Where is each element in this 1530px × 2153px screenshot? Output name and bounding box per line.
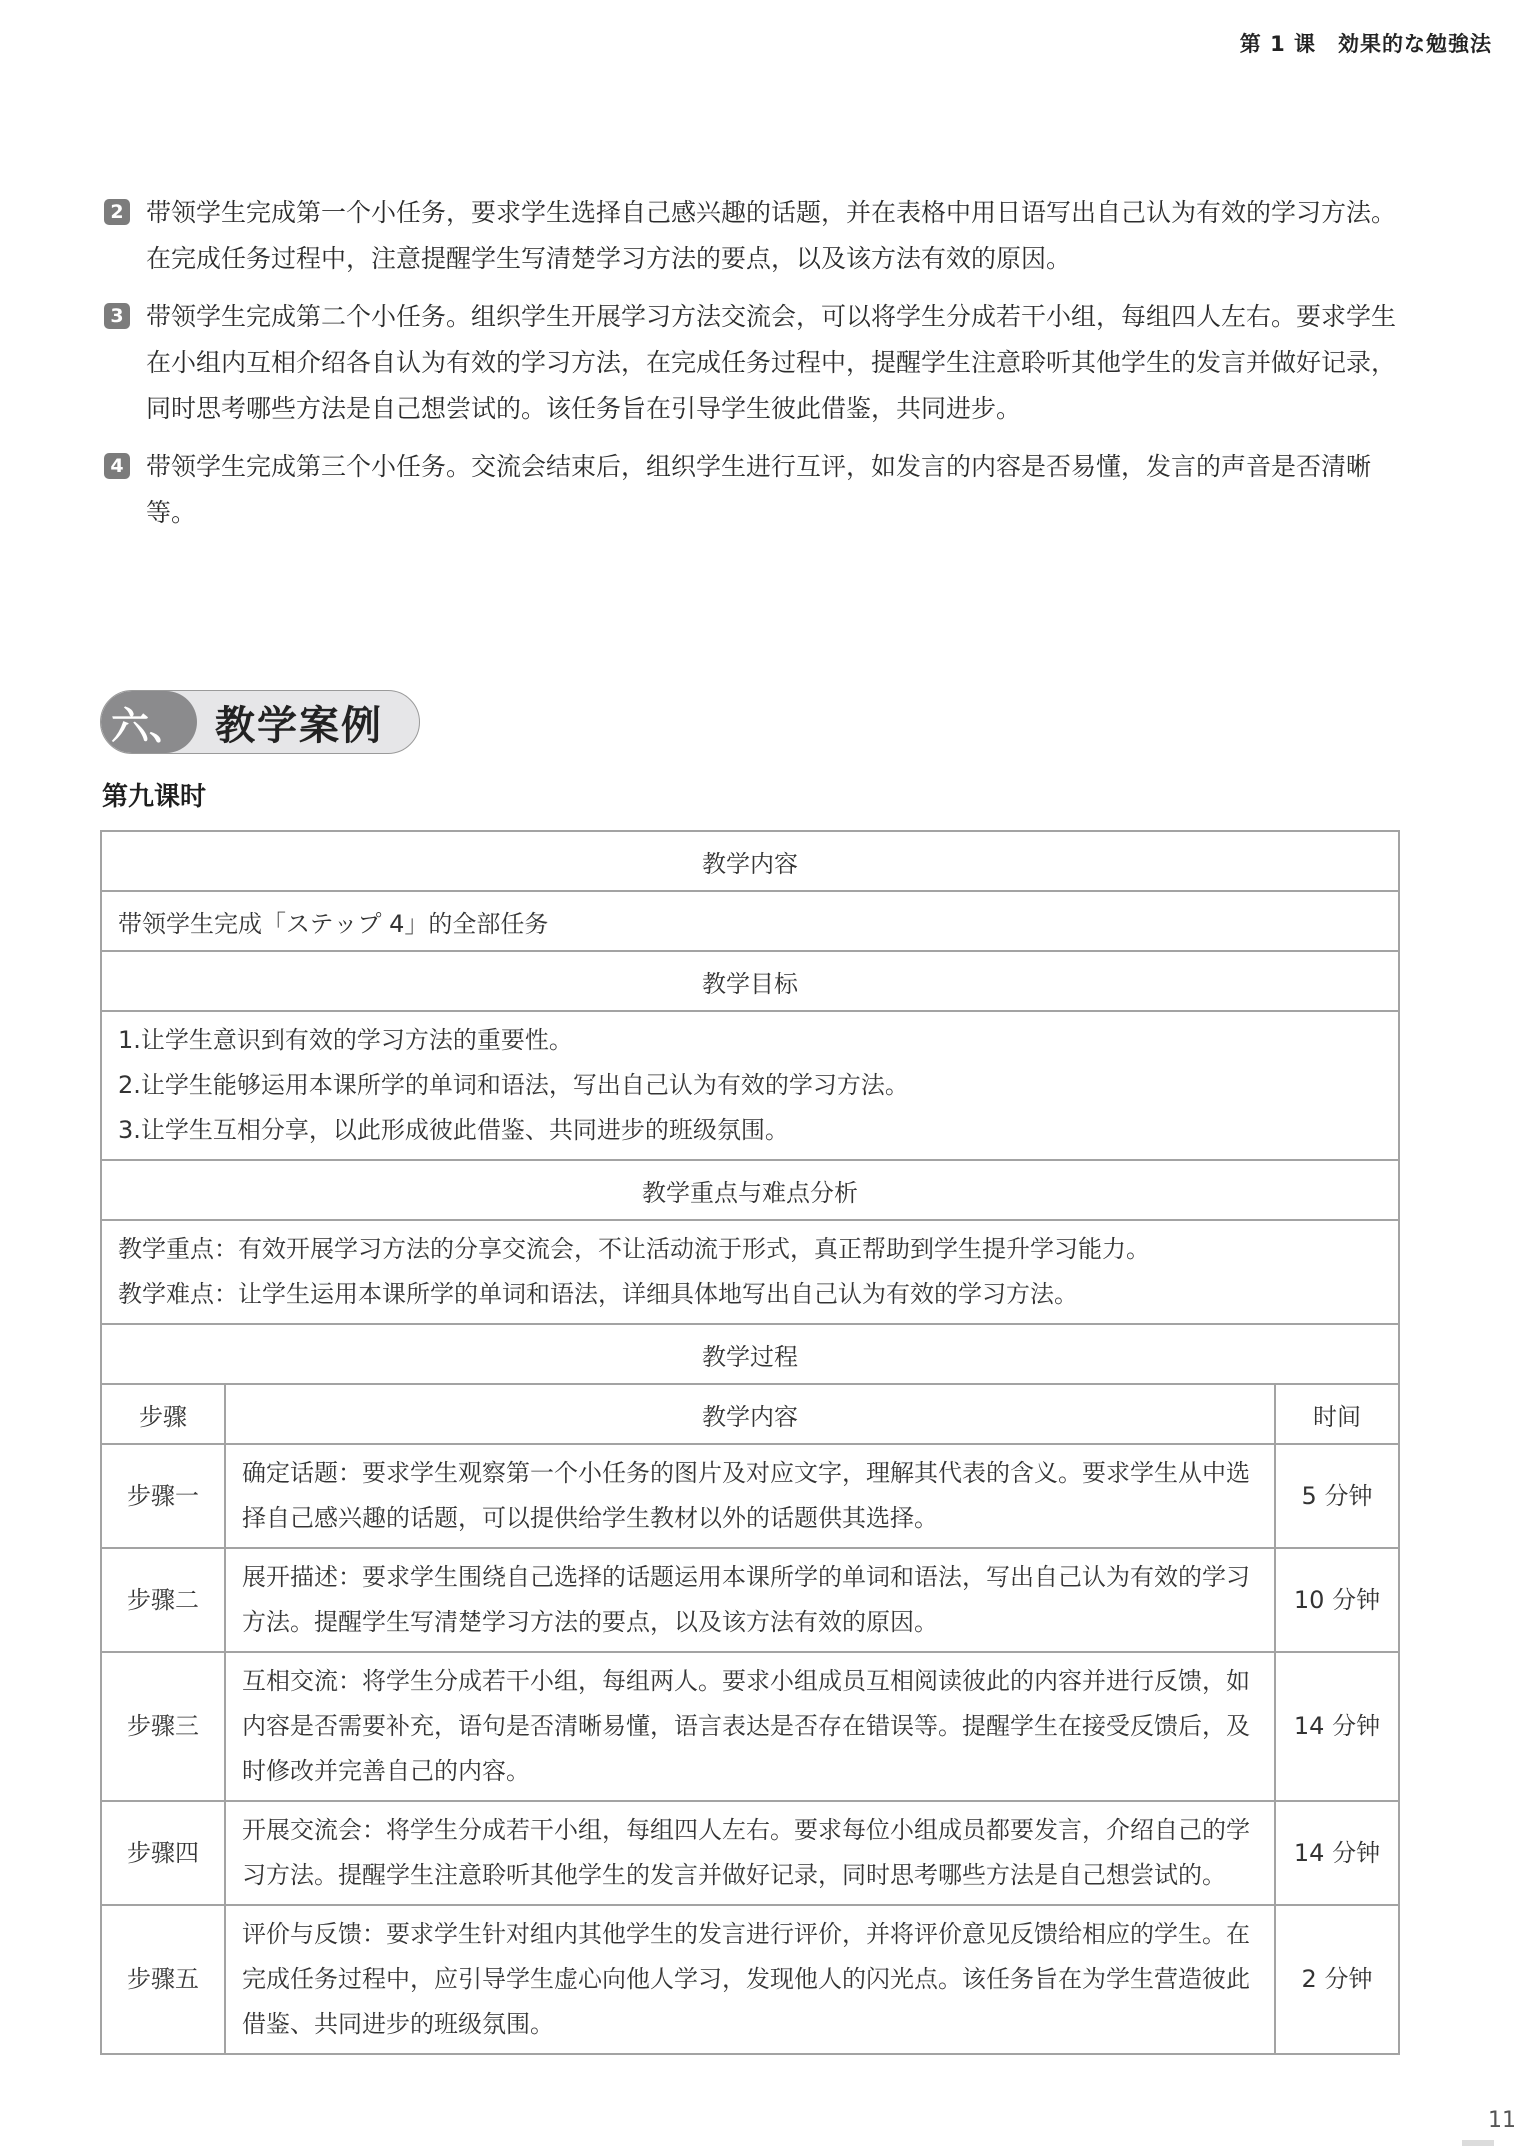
step-time: 5 分钟	[1275, 1444, 1399, 1548]
step-text: 带领学生完成第一个小任务，要求学生选择自己感兴趣的话题，并在表格中用日语写出自己…	[146, 190, 1404, 282]
column-header-content: 教学内容	[225, 1384, 1275, 1444]
step-label: 步骤一	[101, 1444, 225, 1548]
process-header: 教学过程	[101, 1324, 1399, 1384]
step-label: 步骤四	[101, 1801, 225, 1905]
step-content: 确定话题：要求学生观察第一个小任务的图片及对应文字，理解其代表的含义。要求学生从…	[225, 1444, 1275, 1548]
section-heading: 六、 教学案例	[100, 690, 420, 754]
step-number-badge: 2	[104, 199, 130, 225]
step-content: 开展交流会：将学生分成若干小组，每组四人左右。要求每位小组成员都要发言，介绍自己…	[225, 1801, 1275, 1905]
lesson-period-title: 第九课时	[102, 776, 206, 813]
column-header-time: 时间	[1275, 1384, 1399, 1444]
instruction-steps: 2 带领学生完成第一个小任务，要求学生选择自己感兴趣的话题，并在表格中用日语写出…	[104, 190, 1404, 548]
goals-header: 教学目标	[101, 951, 1399, 1011]
lesson-plan-table: 教学内容 带领学生完成「ステップ 4」的全部任务 教学目标 1.让学生意识到有效…	[100, 830, 1400, 2055]
step-number-badge: 3	[104, 303, 130, 329]
step-number-badge: 4	[104, 453, 130, 479]
section-title: 教学案例	[215, 694, 383, 751]
content-header: 教学内容	[101, 831, 1399, 891]
step-content: 评价与反馈：要求学生针对组内其他学生的发言进行评价，并将评价意见反馈给相应的学生…	[225, 1905, 1275, 2054]
step-content: 展开描述：要求学生围绕自己选择的话题运用本课所学的单词和语法，写出自己认为有效的…	[225, 1548, 1275, 1652]
focus-cell: 教学重点：有效开展学习方法的分享交流会，不让活动流于形式，真正帮助到学生提升学习…	[101, 1220, 1399, 1324]
step-item: 3 带领学生完成第二个小任务。组织学生开展学习方法交流会，可以将学生分成若干小组…	[104, 294, 1404, 432]
step-label: 步骤二	[101, 1548, 225, 1652]
column-header-step: 步骤	[101, 1384, 225, 1444]
goals-cell: 1.让学生意识到有效的学习方法的重要性。 2.让学生能够运用本课所学的单词和语法…	[101, 1011, 1399, 1160]
step-label: 步骤三	[101, 1652, 225, 1801]
goal-item: 3.让学生互相分享，以此形成彼此借鉴、共同进步的班级氛围。	[118, 1108, 1382, 1153]
page-number: 11	[1488, 2108, 1516, 2133]
focus-header: 教学重点与难点分析	[101, 1160, 1399, 1220]
table-row: 步骤二 展开描述：要求学生围绕自己选择的话题运用本课所学的单词和语法，写出自己认…	[101, 1548, 1399, 1652]
focus-item: 教学难点：让学生运用本课所学的单词和语法，详细具体地写出自己认为有效的学习方法。	[118, 1272, 1382, 1317]
page-tab-marker	[1462, 2140, 1494, 2146]
goal-item: 2.让学生能够运用本课所学的单词和语法，写出自己认为有效的学习方法。	[118, 1063, 1382, 1108]
step-item: 4 带领学生完成第三个小任务。交流会结束后，组织学生进行互评，如发言的内容是否易…	[104, 444, 1404, 536]
lesson-title: 効果的な勉強法	[1338, 32, 1492, 56]
lesson-number: 第 1 课	[1240, 32, 1316, 56]
running-header: 第 1 课効果的な勉強法	[1240, 28, 1492, 58]
table-row: 步骤四 开展交流会：将学生分成若干小组，每组四人左右。要求每位小组成员都要发言，…	[101, 1801, 1399, 1905]
table-row: 步骤三 互相交流：将学生分成若干小组，每组两人。要求小组成员互相阅读彼此的内容并…	[101, 1652, 1399, 1801]
step-item: 2 带领学生完成第一个小任务，要求学生选择自己感兴趣的话题，并在表格中用日语写出…	[104, 190, 1404, 282]
step-time: 14 分钟	[1275, 1652, 1399, 1801]
section-number: 六、	[101, 691, 197, 753]
step-text: 带领学生完成第三个小任务。交流会结束后，组织学生进行互评，如发言的内容是否易懂，…	[146, 444, 1404, 536]
step-text: 带领学生完成第二个小任务。组织学生开展学习方法交流会，可以将学生分成若干小组，每…	[146, 294, 1404, 432]
step-time: 14 分钟	[1275, 1801, 1399, 1905]
step-time: 2 分钟	[1275, 1905, 1399, 2054]
step-content: 互相交流：将学生分成若干小组，每组两人。要求小组成员互相阅读彼此的内容并进行反馈…	[225, 1652, 1275, 1801]
step-label: 步骤五	[101, 1905, 225, 2054]
goal-item: 1.让学生意识到有效的学习方法的重要性。	[118, 1018, 1382, 1063]
content-cell: 带领学生完成「ステップ 4」的全部任务	[101, 891, 1399, 951]
table-row: 步骤五 评价与反馈：要求学生针对组内其他学生的发言进行评价，并将评价意见反馈给相…	[101, 1905, 1399, 2054]
step-time: 10 分钟	[1275, 1548, 1399, 1652]
focus-item: 教学重点：有效开展学习方法的分享交流会，不让活动流于形式，真正帮助到学生提升学习…	[118, 1227, 1382, 1272]
table-row: 步骤一 确定话题：要求学生观察第一个小任务的图片及对应文字，理解其代表的含义。要…	[101, 1444, 1399, 1548]
